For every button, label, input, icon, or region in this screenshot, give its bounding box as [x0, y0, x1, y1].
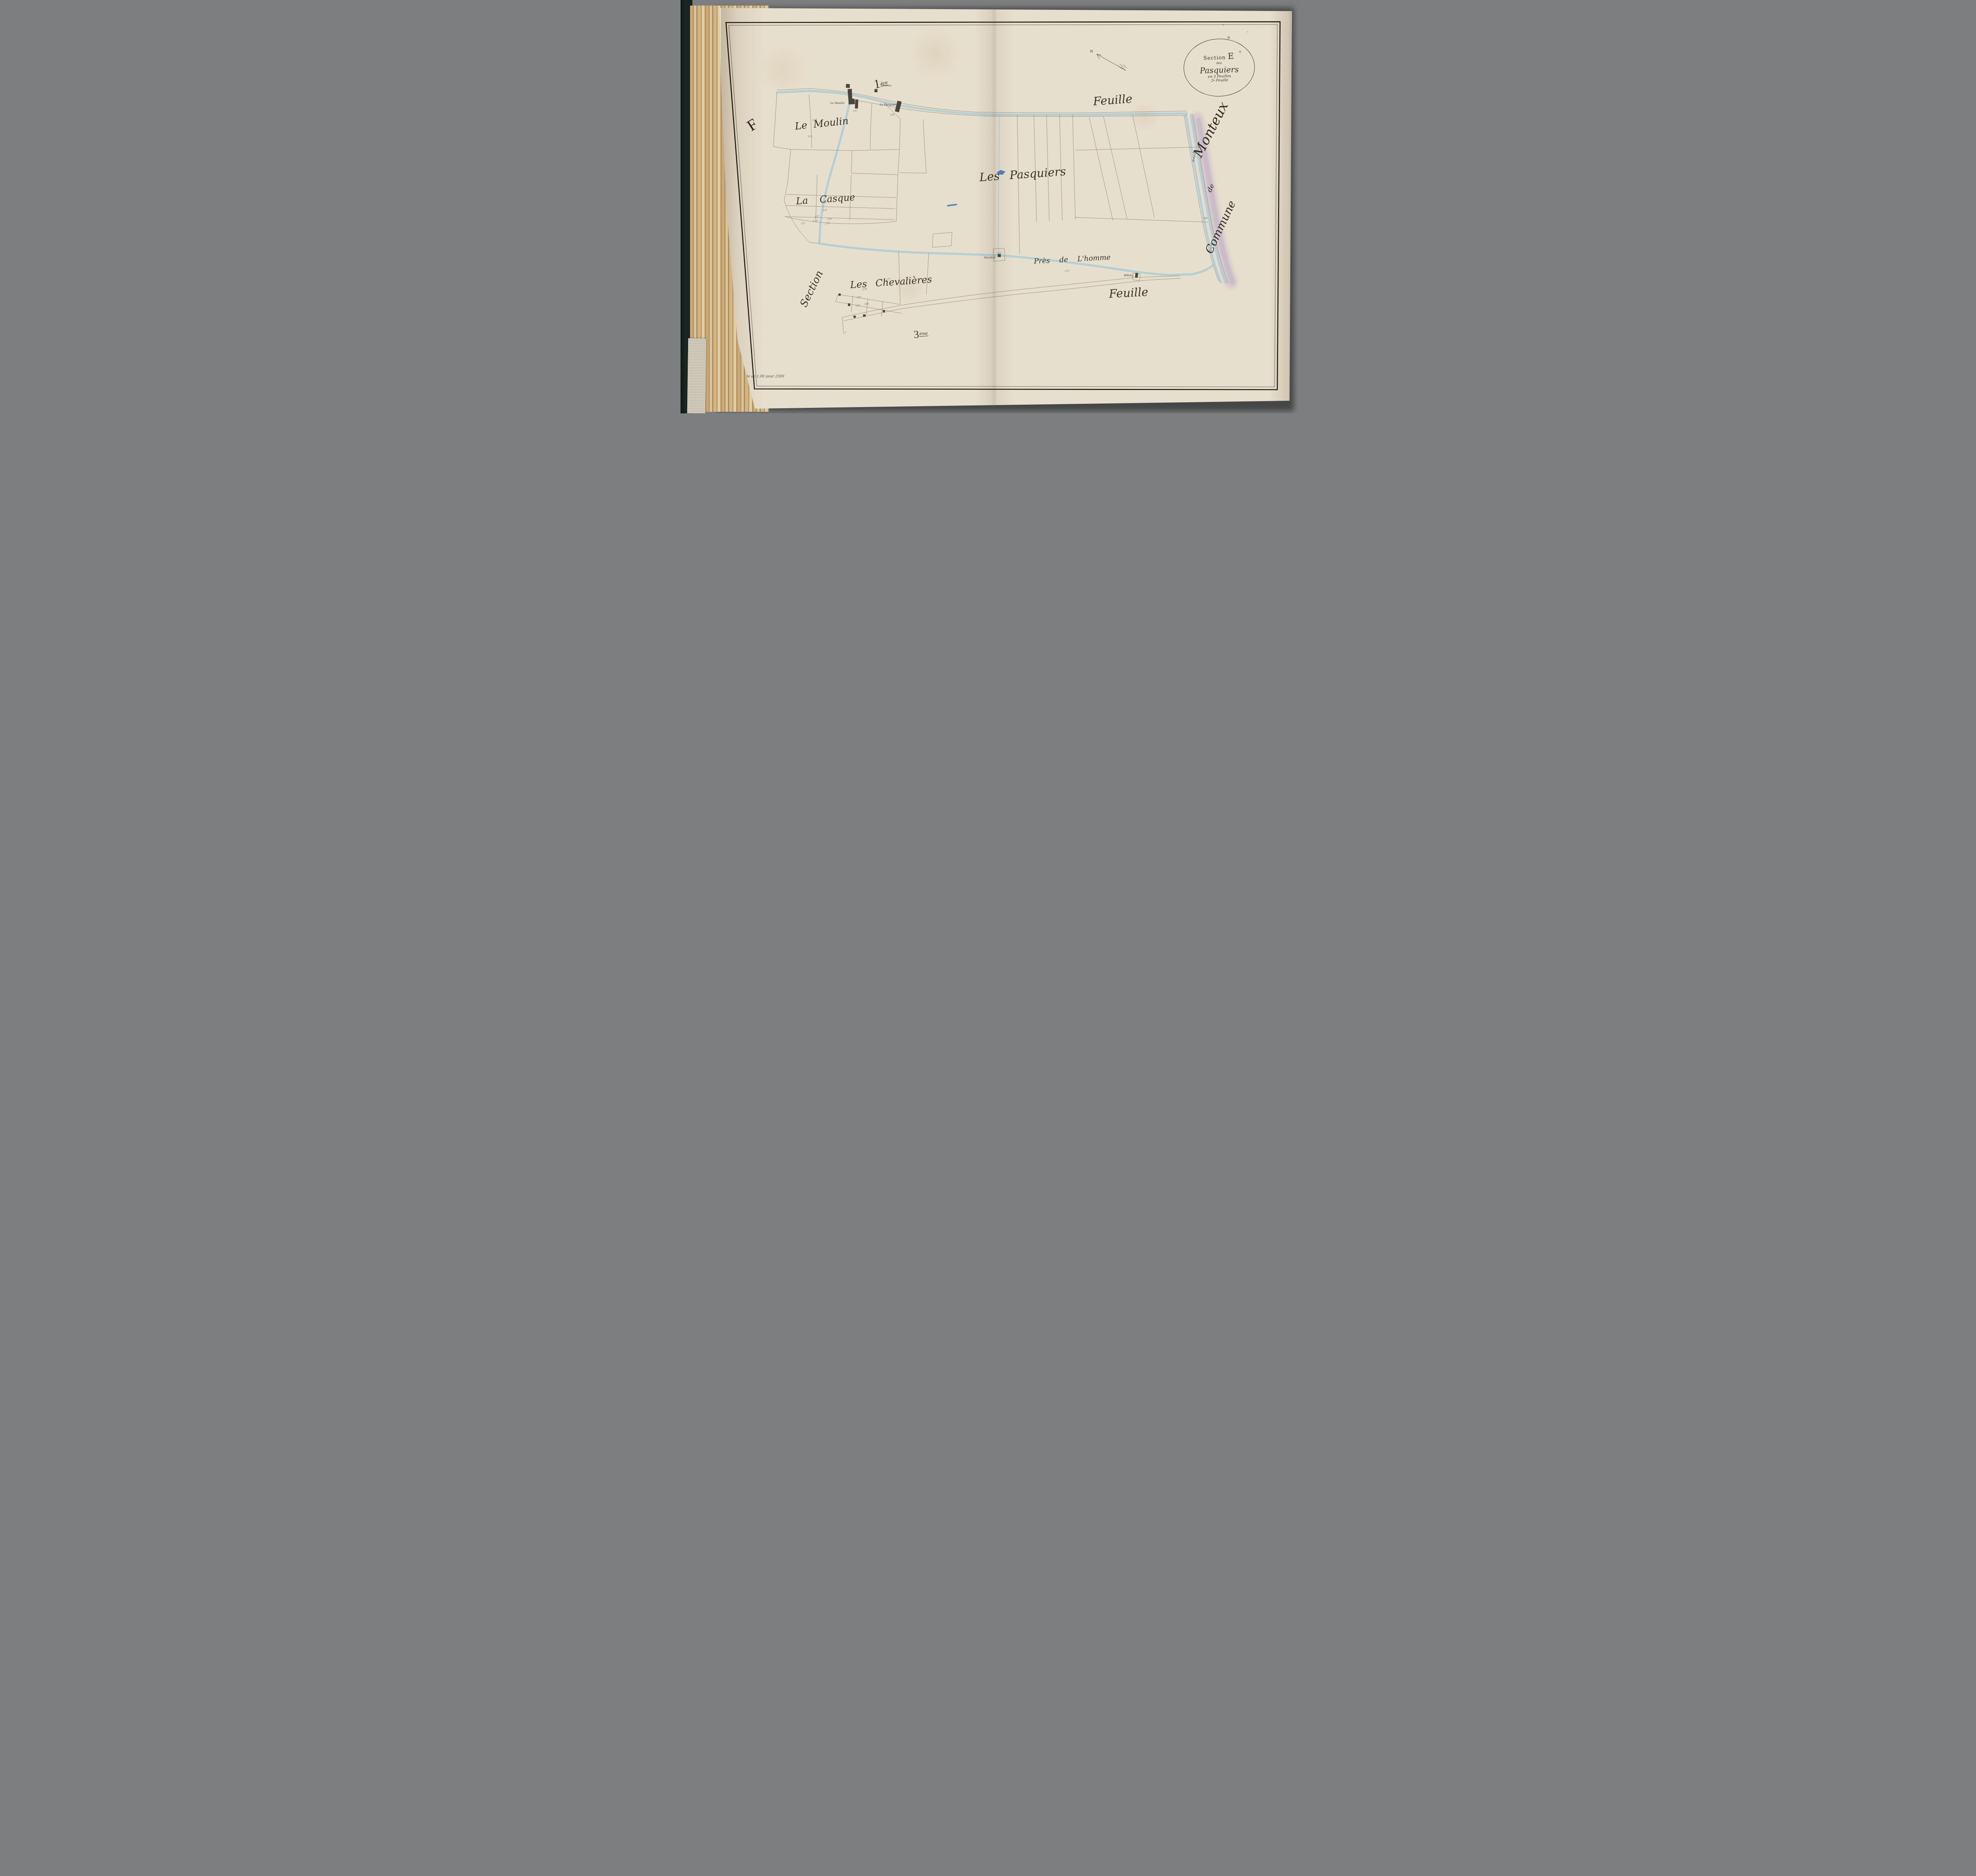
page-edge-shading-right	[1269, 9, 1292, 402]
parcel-number: 241	[853, 109, 858, 113]
section-letter: E	[1227, 51, 1234, 61]
cartouche-name: Pasquiers	[1200, 65, 1239, 75]
parcel-number: 278	[862, 288, 867, 291]
parcel-number: 236	[827, 218, 832, 221]
parcel-number: 249	[890, 113, 895, 117]
cartouche-sheet-note: 2e Feuille	[1211, 79, 1228, 83]
parcel-number: 277	[886, 278, 891, 281]
parcel-number: 268	[1203, 217, 1208, 220]
cartouche-section-title: Section E	[1203, 52, 1235, 62]
binding-headband	[687, 338, 707, 413]
cadastral-atlas-photo: Section E des Pasquiers en 3 Feuilles 2e…	[678, 0, 1298, 413]
parcel-number: 237	[815, 215, 819, 219]
parcel-number: 234	[822, 201, 827, 204]
parcel-number: 238	[813, 220, 818, 223]
parcel-number: 211	[801, 222, 806, 225]
purple-boundary-wash	[1197, 119, 1233, 283]
cartouche-of-word: des	[1216, 62, 1222, 65]
page-fold-shading	[975, 8, 1013, 409]
parcel-number: 285	[856, 304, 860, 307]
north-arrow	[1097, 54, 1127, 71]
parcel-number: 283	[857, 296, 862, 299]
parcel-number: 215	[808, 135, 813, 138]
map-sheet: Section E des Pasquiers en 3 Feuilles 2e…	[678, 0, 1298, 413]
parcel-number: 216	[813, 119, 817, 122]
parcel-number: 239	[825, 222, 830, 225]
parcel-number: 286	[864, 303, 869, 306]
parcel-number: 235	[822, 209, 827, 212]
parcel-number: 172	[1065, 270, 1069, 273]
